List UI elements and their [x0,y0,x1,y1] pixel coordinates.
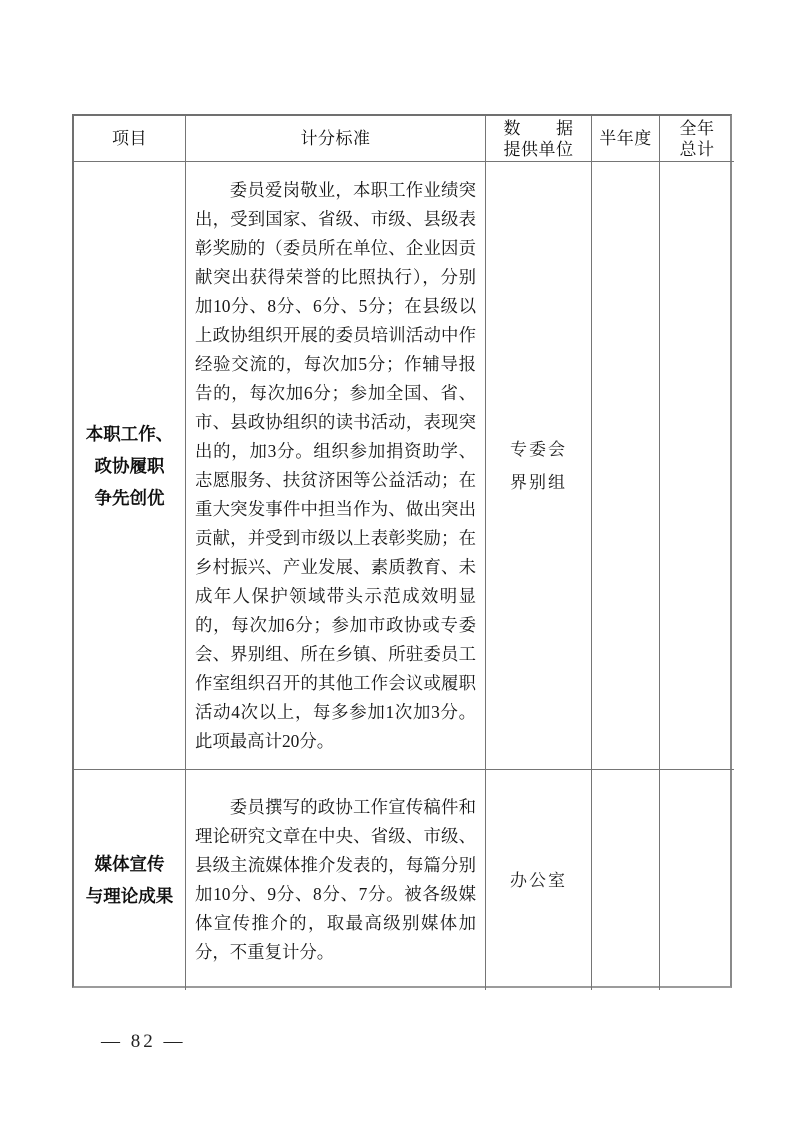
header-data-provider-line1: 数 据 [504,118,574,139]
row2-criteria-text: 委员撰写的政协工作宣传稿件和理论研究文章在中央、省级、市级、县级主流媒体推介发表… [195,793,476,967]
row1-data-provider-line1: 专委会 [510,433,567,466]
row2-annual-total-cell [660,770,734,990]
row1-item-line2: 政协履职 [95,450,165,482]
header-criteria: 计分标准 [186,116,486,162]
row1-item-line1: 本职工作、 [86,418,174,450]
row2-item-cell: 媒体宣传 与理论成果 [74,770,186,990]
row2-data-provider-cell: 办公室 [486,770,592,990]
row2-half-year-cell [592,770,660,990]
row1-criteria-text: 委员爱岗敬业，本职工作业绩突出，受到国家、省级、市级、县级表彰奖励的（委员所在单… [195,176,476,756]
page-number: — 82 — [101,1031,186,1053]
row2-data-provider-line1: 办公室 [510,864,567,897]
header-item-label: 项目 [112,128,147,149]
header-annual-total: 全年 总计 [660,116,734,162]
header-data-provider: 数 据 提供单位 [486,116,592,162]
row1-data-provider-line2: 界别组 [510,466,567,499]
header-half-year-label: 半年度 [599,128,652,149]
header-criteria-label: 计分标准 [301,128,371,149]
row2-item-line1: 媒体宣传 [95,848,165,880]
header-item: 项目 [74,116,186,162]
row1-half-year-cell [592,162,660,770]
scoring-standards-table: 项目 计分标准 数 据 提供单位 半年度 全年 总计 本职工作、 政协履职 争先… [72,114,732,988]
row2-criteria-cell: 委员撰写的政协工作宣传稿件和理论研究文章在中央、省级、市级、县级主流媒体推介发表… [186,770,486,990]
header-half-year: 半年度 [592,116,660,162]
row1-criteria-cell: 委员爱岗敬业，本职工作业绩突出，受到国家、省级、市级、县级表彰奖励的（委员所在单… [186,162,486,770]
row1-item-line3: 争先创优 [95,482,165,514]
header-annual-total-line2: 总计 [680,139,715,160]
row2-item-line2: 与理论成果 [86,880,174,912]
header-annual-total-line1: 全年 [680,118,715,139]
row1-item-cell: 本职工作、 政协履职 争先创优 [74,162,186,770]
header-data-provider-line2: 提供单位 [504,139,574,160]
row1-data-provider-cell: 专委会 界别组 [486,162,592,770]
row1-annual-total-cell [660,162,734,770]
